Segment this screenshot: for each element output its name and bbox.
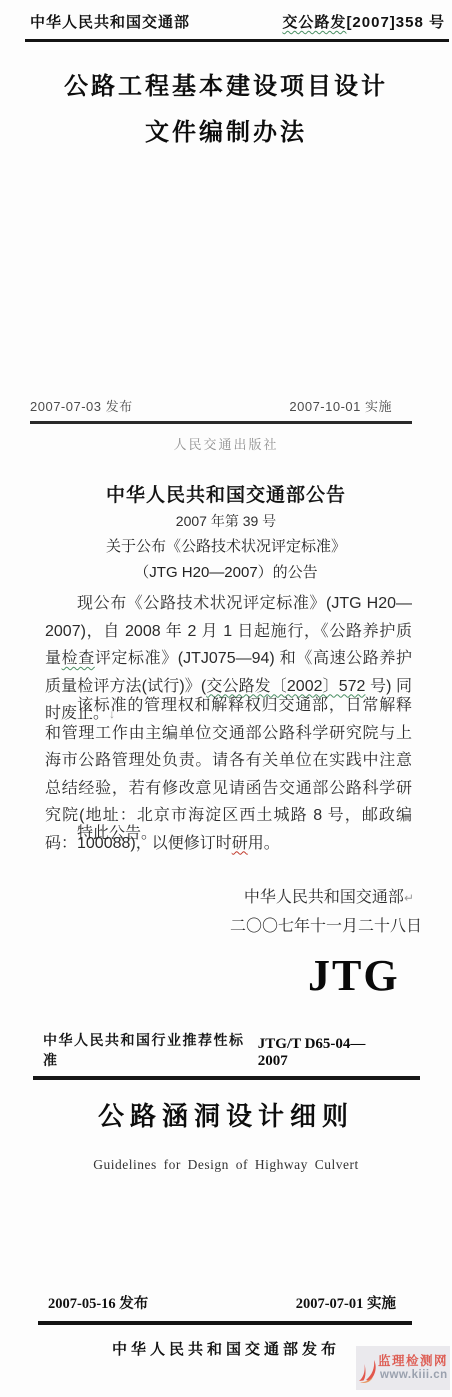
announcement-subject-line1: 关于公布《公路技术状况评定标准》 xyxy=(0,535,452,556)
announcement-title: 中华人民共和国交通部公告 xyxy=(0,480,452,507)
ministry-name: 中华人民共和国交通部 xyxy=(30,11,190,32)
text-segment: 检查 xyxy=(62,650,95,667)
jtg-logo-text: JTG xyxy=(308,954,400,998)
return-mark: ↵ xyxy=(404,891,414,905)
announcement-number: 2007 年第 39 号 xyxy=(0,511,452,531)
effective-date: 2007-07-01 实施 xyxy=(296,1292,396,1313)
announcement-subject-line2: （JTG H20—2007）的公告 xyxy=(0,561,452,582)
signature-org: 中华人民共和国交通部↵ xyxy=(244,884,414,907)
watermark: 监理检测网 www.kiii.cn xyxy=(356,1346,450,1390)
standard-class: 中华人民共和国行业推荐性标准 xyxy=(43,1030,258,1070)
watermark-site-name: 监理检测网 xyxy=(378,1351,448,1369)
second-cover-title-english: Guidelines for Design of Highway Culvert xyxy=(0,1157,452,1173)
first-cover-header: 中华人民共和国交通部 交公路发[2007]358 号 xyxy=(25,9,449,42)
main-title-line1: 公路工程基本建设项目设计 xyxy=(0,66,452,101)
second-cover-title: 公路涵洞设计细则 xyxy=(0,1096,452,1133)
standard-number: JTG/T D65-04—2007 xyxy=(258,1036,394,1070)
scanned-document-page: 中华人民共和国交通部 交公路发[2007]358 号 公路工程基本建设项目设计 … xyxy=(0,0,452,1397)
issue-date: 2007-05-16 发布 xyxy=(48,1292,148,1313)
effective-date: 2007-10-01 实施 xyxy=(289,396,392,415)
signature-date: 二〇〇七年十一月二十八日 xyxy=(230,913,422,936)
issue-date: 2007-07-03 发布 xyxy=(30,396,133,415)
second-cover-dates-row: 2007-05-16 发布 2007-07-01 实施 xyxy=(38,1292,412,1325)
publisher-name: 人民交通出版社 xyxy=(0,434,452,453)
doc-number: 交公路发[2007]358 号 xyxy=(282,11,445,32)
second-cover-header: 中华人民共和国行业推荐性标准 JTG/T D65-04—2007 xyxy=(33,1030,420,1080)
main-title-line2: 文件编制办法 xyxy=(0,112,452,147)
text-segment: 交公路发 xyxy=(282,14,346,31)
text-segment: [2007]358 号 xyxy=(346,14,445,31)
announcement-closing-line: 特此公告。 xyxy=(45,820,412,848)
watermark-site-url: www.kiii.cn xyxy=(380,1369,448,1381)
text-segment: 中华人民共和国交通部 xyxy=(244,889,404,906)
first-cover-dates-row: 2007-07-03 发布 2007-10-01 实施 xyxy=(30,396,412,424)
